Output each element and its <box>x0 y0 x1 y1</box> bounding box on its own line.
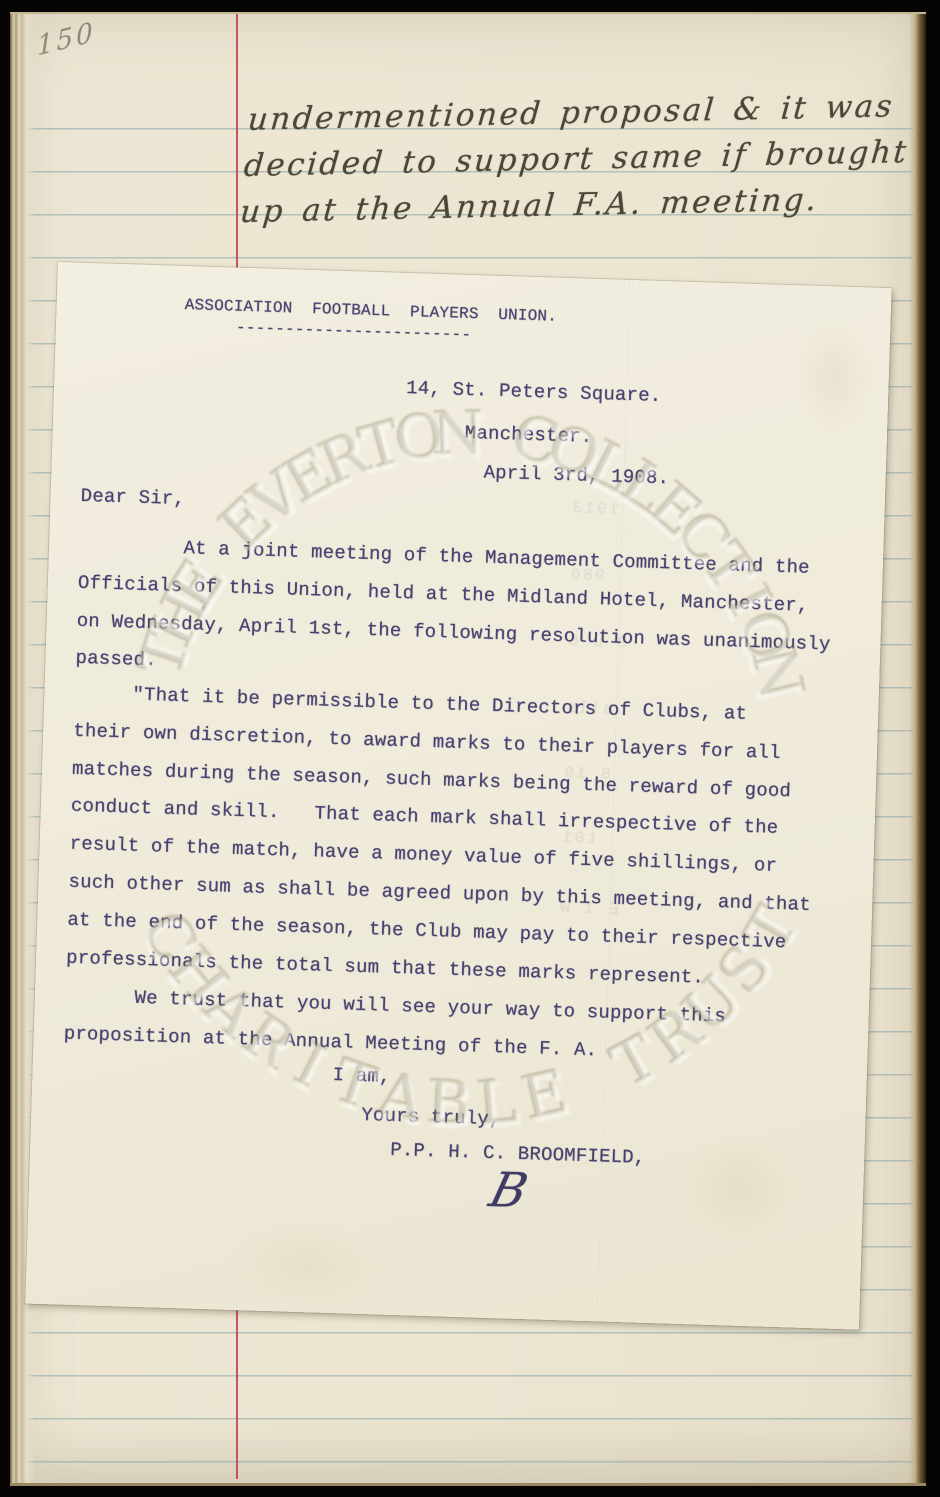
paper-stain <box>793 315 877 437</box>
letter-date: April 3rd, 1908. <box>483 461 669 489</box>
letter-salutation: Dear Sir, <box>80 485 185 510</box>
scanned-ledger-photo: 150 undermentioned proposal & it was dec… <box>0 0 940 1497</box>
paper-stain <box>678 1132 801 1246</box>
letter-closing-yours-truly: Yours truly, <box>361 1104 501 1130</box>
letter-paragraph-1: At a joint meeting of the Management Com… <box>75 527 834 702</box>
pasted-letter: ASSOCIATION FOOTBALL PLAYERS UNION. ----… <box>25 262 891 1330</box>
letter-address-line-2: Manchester. <box>464 422 592 448</box>
showthrough-text: 1913 <box>570 499 619 520</box>
page-edge-right <box>909 14 926 1483</box>
letter-closing-i-am: I am, <box>332 1064 391 1088</box>
letter-address-line-1: 14, St. Peters Square. <box>406 377 662 407</box>
letter-paragraph-2-resolution: "That it be permissible to the Directors… <box>66 675 818 1001</box>
signature-monogram: B <box>484 1162 533 1219</box>
handwritten-note: undermentioned proposal & it was decided… <box>238 83 914 235</box>
letter-heading-underline: ------------------------ <box>236 319 472 344</box>
paper-stain <box>225 1218 388 1313</box>
